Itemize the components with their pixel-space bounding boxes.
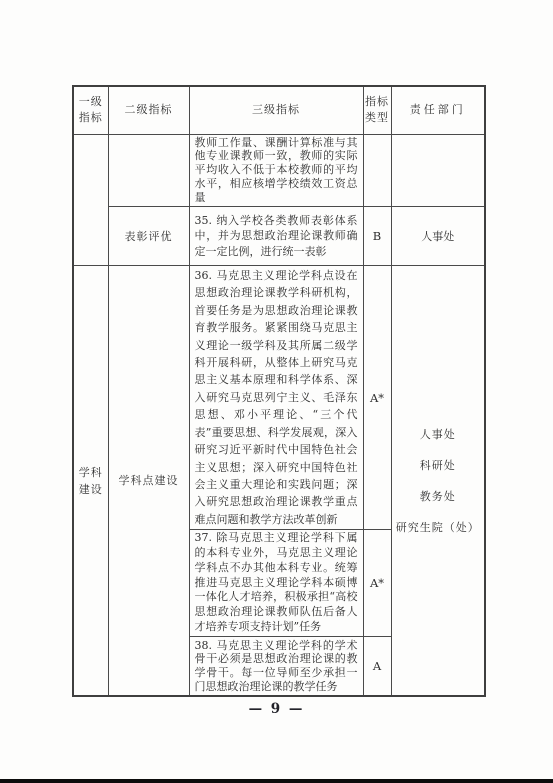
table-row-36: 学科建设 学科点建设 36. 马克思主义理论学科点设在思想政治理论课教学科研机构… xyxy=(73,266,485,530)
cell-indicator-37: 37. 除马克思主义理论学科下属的本科专业外，马克思主义理论学科点不办其他本科专… xyxy=(189,530,363,637)
indicator-table: 一级指标 二级指标 三级指标 指标类型 责任部门 教师工作量、课酬计算标准与其他… xyxy=(72,85,486,697)
scan-bottom-edge-bar xyxy=(0,779,553,783)
department-item: 教务处 xyxy=(420,488,456,505)
cell-department-discipline: 人事处 科研处 教务处 研究生院（处） xyxy=(391,266,485,697)
cell-type-37: A* xyxy=(363,530,391,637)
cell-type-36: A* xyxy=(363,266,391,530)
cell-indicator-38: 38. 马克思主义理论学科的学术骨干必须是思想政治理论课的教学骨干。每一位导师至… xyxy=(189,636,363,696)
header-level1: 一级指标 xyxy=(73,86,108,134)
cell-indicator-36: 36. 马克思主义理论学科点设在思想政治理论课教学科研机构，首要任务是为思想政治… xyxy=(189,266,363,530)
header-type: 指标类型 xyxy=(363,86,391,134)
table-row-35: 表彰评优 35. 纳入学校各类教师表彰体系中，并为思想政治理论课教师确定一定比例… xyxy=(73,207,485,266)
header-level2: 二级指标 xyxy=(108,86,189,134)
cell-indicator-continuation: 教师工作量、课酬计算标准与其他专业课教师一致，教师的实际平均收入不低于本校教师的… xyxy=(189,134,363,207)
cell-level2-empty xyxy=(108,134,189,207)
page-number: — 9 — xyxy=(0,701,553,717)
cell-department-empty xyxy=(391,134,485,207)
department-list: 人事处 科研处 教务处 研究生院（处） xyxy=(392,426,485,536)
cell-level1-empty xyxy=(73,134,108,266)
header-department: 责任部门 xyxy=(391,86,485,134)
cell-level2-commendation: 表彰评优 xyxy=(108,207,189,266)
header-level3: 三级指标 xyxy=(189,86,363,134)
department-item: 人事处 xyxy=(420,426,456,443)
scanned-document-page: 一级指标 二级指标 三级指标 指标类型 责任部门 教师工作量、课酬计算标准与其他… xyxy=(0,0,553,783)
department-item: 科研处 xyxy=(420,457,456,474)
table-header-row: 一级指标 二级指标 三级指标 指标类型 责任部门 xyxy=(73,86,485,134)
department-item: 研究生院（处） xyxy=(396,519,480,536)
cell-indicator-35: 35. 纳入学校各类教师表彰体系中，并为思想政治理论课教师确定一定比例，进行统一… xyxy=(189,207,363,266)
cell-type-38: A xyxy=(363,636,391,696)
cell-level2-discipline-point: 学科点建设 xyxy=(108,266,189,697)
cell-department-35: 人事处 xyxy=(391,207,485,266)
cell-level1-discipline: 学科建设 xyxy=(73,266,108,697)
cell-type-35: B xyxy=(363,207,391,266)
table-row-continuation: 教师工作量、课酬计算标准与其他专业课教师一致，教师的实际平均收入不低于本校教师的… xyxy=(73,134,485,207)
cell-type-empty xyxy=(363,134,391,207)
